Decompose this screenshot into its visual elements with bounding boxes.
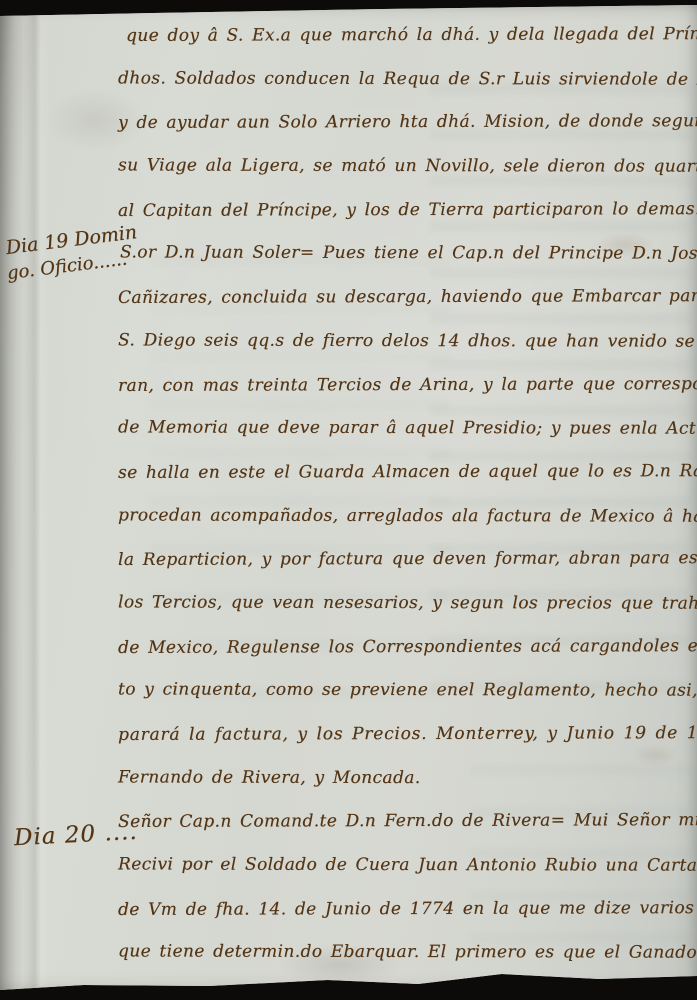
manuscript-line: Recivi por el Soldado de Cuera Juan Anto… — [118, 842, 694, 887]
manuscript-line: parará la factura, y los Precios. Monter… — [118, 711, 694, 756]
manuscript-line: de Mexico, Regulense los Correspondiente… — [118, 624, 694, 669]
manuscript-line: que tiene determin.do Ebarquar. El prime… — [118, 930, 694, 975]
manuscript-body: que doy â S. Ex.a que marchó la dhá. y d… — [118, 13, 694, 974]
manuscript-line: S.or D.n Juan Soler= Pues tiene el Cap.n… — [118, 231, 694, 276]
manuscript-line: de Vm de fha. 14. de Junio de 1774 en la… — [118, 886, 694, 931]
manuscript-line: Cañizares, concluida su descarga, havien… — [118, 274, 694, 319]
manuscript-line: dhos. Soldados conducen la Requa de S.r … — [118, 56, 694, 101]
manuscript-page: Dia 19 Domin go. Oficio...... Dia 20 ...… — [0, 0, 697, 1000]
manuscript-line: to y cinquenta, como se previene enel Re… — [118, 668, 694, 713]
manuscript-line: que doy â S. Ex.a que marchó la dhá. y d… — [118, 12, 694, 57]
manuscript-line: los Tercios, que vean nesesarios, y segu… — [118, 580, 694, 625]
manuscript-line: la Reparticion, y por factura que deven … — [118, 536, 694, 581]
manuscript-line: se halla en este el Guarda Almacen de aq… — [118, 449, 694, 494]
manuscript-line: procedan acompañados, arreglados ala fac… — [118, 493, 694, 538]
manuscript-line: S. Diego seis qq.s de fierro delos 14 dh… — [118, 318, 694, 363]
manuscript-line: de Memoria que deve parar â aquel Presid… — [118, 406, 694, 451]
manuscript-line: Señor Cap.n Comand.te D.n Fern.do de Riv… — [118, 798, 694, 843]
manuscript-line: ran, con mas treinta Tercios de Arina, y… — [118, 362, 694, 407]
manuscript-photo: Dia 19 Domin go. Oficio...... Dia 20 ...… — [0, 0, 697, 1000]
manuscript-line: al Capitan del Príncipe, y los de Tierra… — [118, 187, 694, 232]
manuscript-line: y de ayudar aun Solo Arriero hta dhá. Mi… — [118, 99, 694, 144]
manuscript-line: Fernando de Rivera, y Moncada. — [118, 755, 694, 800]
manuscript-line: su Viage ala Ligera, se mató un Novillo,… — [118, 143, 694, 188]
